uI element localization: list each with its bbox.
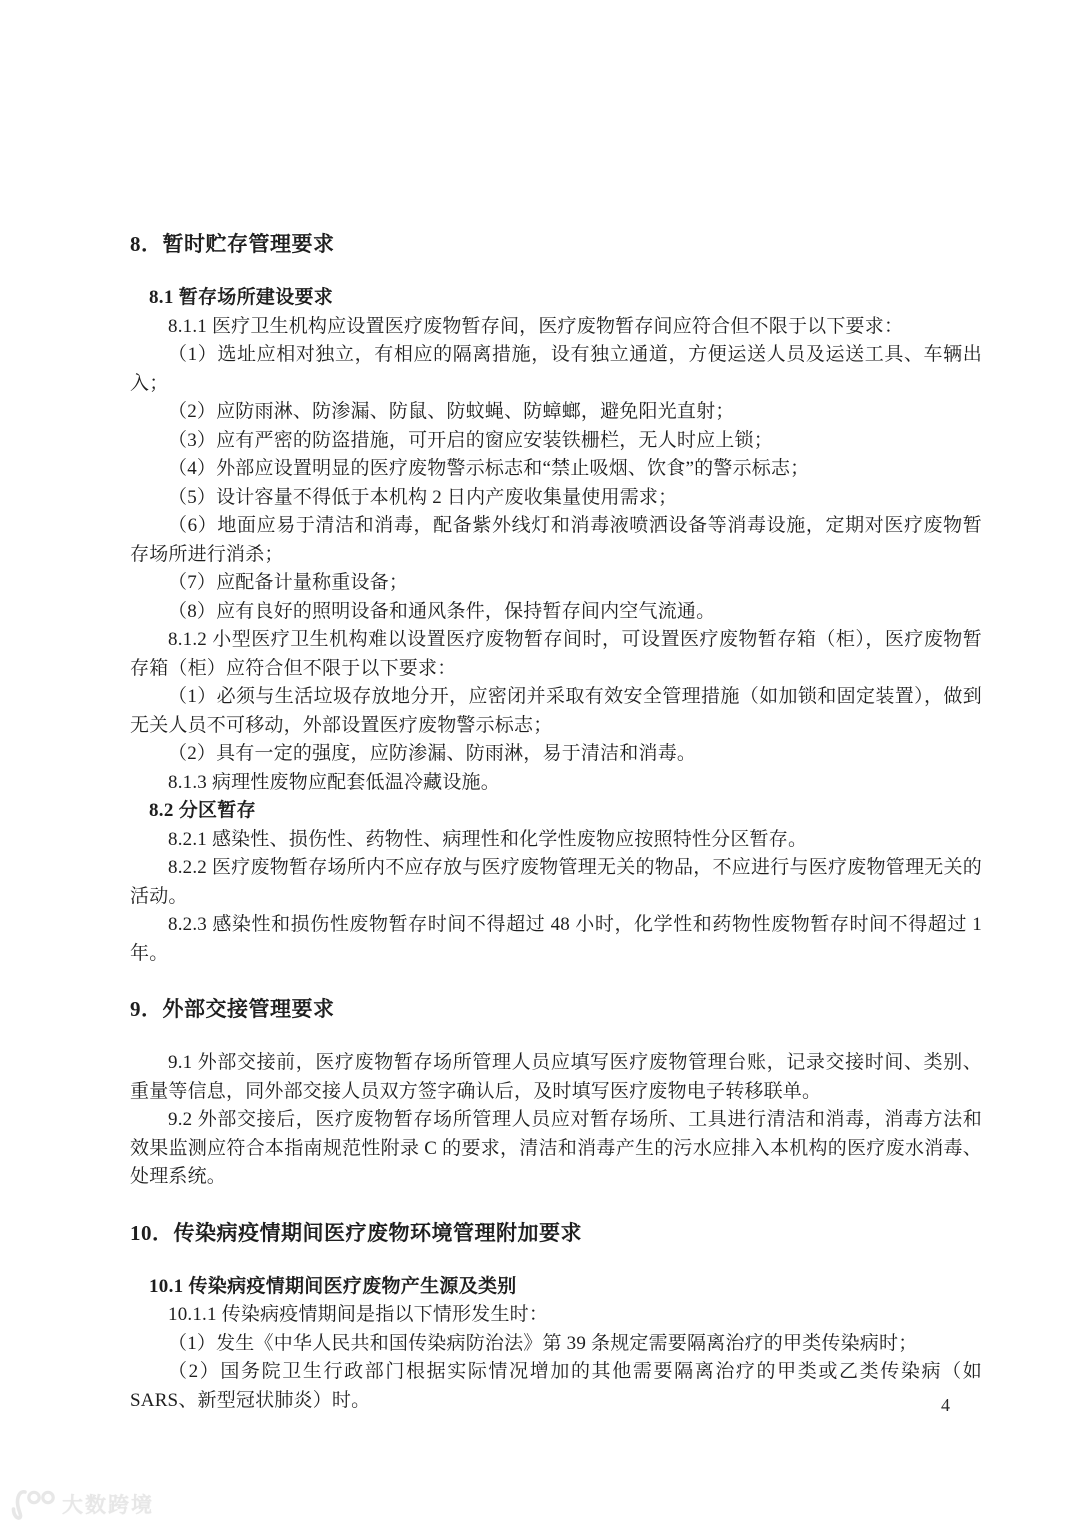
list-item-8-1-2-1: （1）必须与生活垃圾存放地分开，应密闭并采取有效安全管理措施（如加锁和固定装置）… — [130, 683, 982, 740]
document-body: 8．暂时贮存管理要求 8.1 暂存场所建设要求 8.1.1 医疗卫生机构应设置医… — [130, 231, 982, 1415]
list-item-8-1-1-5: （5）设计容量不得低于本机构 2 日内产废收集量使用需求； — [130, 484, 982, 513]
paragraph-8-2-3: 8.2.3 感染性和损伤性废物暂存时间不得超过 48 小时，化学性和药物性废物暂… — [130, 911, 982, 968]
subsection-heading-8-2: 8.2 分区暂存 — [130, 797, 982, 826]
list-item-10-1-1-2: （2）国务院卫生行政部门根据实际情况增加的其他需要隔离治疗的甲类或乙类传染病（如… — [130, 1358, 982, 1415]
section-heading-9: 9．外部交接管理要求 — [130, 996, 982, 1023]
paragraph-8-1-2: 8.1.2 小型医疗卫生机构难以设置医疗废物暂存间时，可设置医疗废物暂存箱（柜）… — [130, 626, 982, 683]
list-item-10-1-1-1: （1）发生《中华人民共和国传染病防治法》第 39 条规定需要隔离治疗的甲类传染病… — [130, 1330, 982, 1359]
paragraph-8-2-1: 8.2.1 感染性、损伤性、药物性、病理性和化学性废物应按照特性分区暂存。 — [130, 826, 982, 855]
paragraph-10-1-1: 10.1.1 传染病疫情期间是指以下情形发生时： — [130, 1301, 982, 1330]
list-item-8-1-1-1: （1）选址应相对独立，有相应的隔离措施，设有独立通道，方便运送人员及运送工具、车… — [130, 341, 982, 398]
watermark: 大数跨境 — [10, 1487, 154, 1521]
document-page: 8．暂时贮存管理要求 8.1 暂存场所建设要求 8.1.1 医疗卫生机构应设置医… — [0, 0, 1080, 1527]
list-item-8-1-1-7: （7）应配备计量称重设备； — [130, 569, 982, 598]
page-number: 4 — [941, 1395, 950, 1416]
list-item-8-1-1-2: （2）应防雨淋、防渗漏、防鼠、防蚊蝇、防蟑螂，避免阳光直射； — [130, 398, 982, 427]
list-item-8-1-1-6: （6）地面应易于清洁和消毒，配备紫外线灯和消毒液喷洒设备等消毒设施，定期对医疗废… — [130, 512, 982, 569]
dashu-100-logo-icon — [10, 1487, 56, 1521]
list-item-8-1-1-4: （4）外部应设置明显的医疗废物警示标志和“禁止吸烟、饮食”的警示标志； — [130, 455, 982, 484]
paragraph-8-1-3: 8.1.3 病理性废物应配套低温冷藏设施。 — [130, 769, 982, 798]
list-item-8-1-1-3: （3）应有严密的防盗措施，可开启的窗应安装铁栅栏，无人时应上锁； — [130, 427, 982, 456]
subsection-heading-10-1: 10.1 传染病疫情期间医疗废物产生源及类别 — [130, 1273, 982, 1302]
paragraph-9-1: 9.1 外部交接前，医疗废物暂存场所管理人员应填写医疗废物管理台账，记录交接时间… — [130, 1049, 982, 1106]
section-heading-10: 10．传染病疫情期间医疗废物环境管理附加要求 — [130, 1220, 982, 1247]
list-item-8-1-2-2: （2）具有一定的强度，应防渗漏、防雨淋，易于清洁和消毒。 — [130, 740, 982, 769]
section-heading-8: 8．暂时贮存管理要求 — [130, 231, 982, 258]
subsection-heading-8-1: 8.1 暂存场所建设要求 — [130, 284, 982, 313]
paragraph-9-2: 9.2 外部交接后，医疗废物暂存场所管理人员应对暂存场所、工具进行清洁和消毒，消… — [130, 1106, 982, 1192]
watermark-label: 大数跨境 — [62, 1489, 154, 1519]
paragraph-8-1-1: 8.1.1 医疗卫生机构应设置医疗废物暂存间，医疗废物暂存间应符合但不限于以下要… — [130, 313, 982, 342]
list-item-8-1-1-8: （8）应有良好的照明设备和通风条件，保持暂存间内空气流通。 — [130, 598, 982, 627]
paragraph-8-2-2: 8.2.2 医疗废物暂存场所内不应存放与医疗废物管理无关的物品，不应进行与医疗废… — [130, 854, 982, 911]
